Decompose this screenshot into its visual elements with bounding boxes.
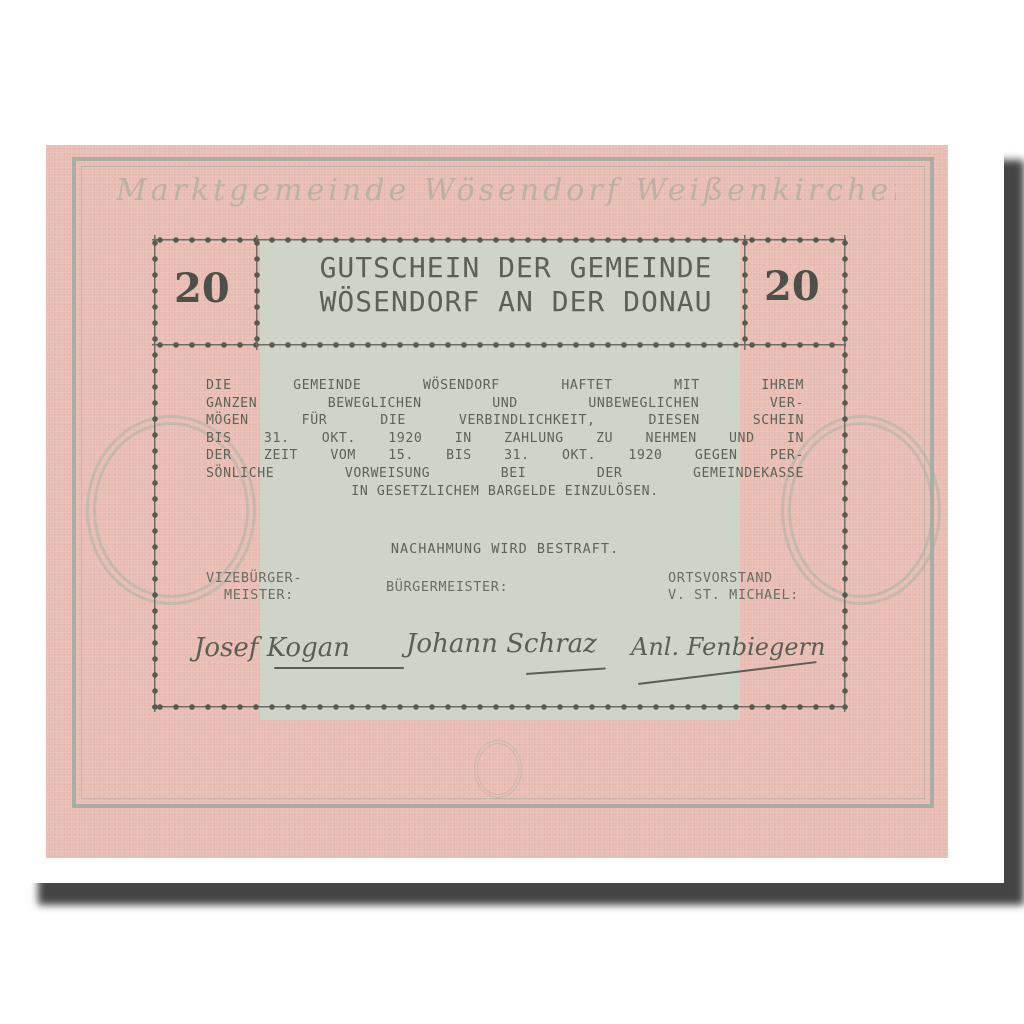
title-line: meister: <box>206 587 302 604</box>
ornament-divider-left <box>252 235 262 350</box>
ornament-border-left <box>150 235 160 712</box>
right-rosette-ornament <box>781 415 941 605</box>
denomination-right: 20 <box>764 263 820 310</box>
title-line: Vizebürger- <box>206 570 302 587</box>
denomination-left: 20 <box>174 265 230 312</box>
signatory-title-vice-mayor: Vizebürger- meister: <box>206 570 302 604</box>
counterfeit-warning: Nachahmung wird bestraft. <box>206 541 804 557</box>
body-line: Die Gemeinde Wösendorf haftet mit ihrem <box>206 377 804 395</box>
note-title: Gutschein der Gemeinde Wösendorf an der … <box>286 251 746 319</box>
body-line: der Zeit vom 15. bis 31. Okt. 1920 gegen… <box>206 447 804 465</box>
ornament-border-bottom <box>152 702 846 712</box>
body-line: mögen für die Verbindlichkeit, diesen Sc… <box>206 412 804 430</box>
bottom-seal-ornament <box>474 740 522 798</box>
signature-underline <box>274 667 404 669</box>
title-line: Bürgermeister: <box>386 579 508 596</box>
title-line-1: Gutschein der Gemeinde <box>286 251 746 285</box>
body-line: in gesetzlichem Bargelde einzulösen. <box>206 483 804 501</box>
header-script-text: Marktgemeinde Wösendorf Weißenkirchen <box>116 173 896 223</box>
signatory-title-mayor: Bürgermeister: <box>386 579 508 596</box>
signature-mayor: Johann Schraz <box>406 629 597 659</box>
title-line-2: Wösendorf an der Donau <box>286 285 746 319</box>
body-line: bis 31. Okt. 1920 in Zahlung zu nehmen u… <box>206 430 804 448</box>
title-line: v. St. Michael: <box>668 587 799 604</box>
signature-vice-mayor: Josef Kogan <box>194 633 350 663</box>
body-line: sönliche Vorweisung bei der Gemeindekass… <box>206 465 804 483</box>
signatory-title-local-head: Ortsvorstand v. St. Michael: <box>668 570 799 604</box>
body-line: ganzen beweglichen und unbeweglichen Ver… <box>206 395 804 413</box>
ornament-border-right <box>840 235 850 712</box>
banknote: Marktgemeinde Wösendorf Weißenkirchen 20… <box>46 145 948 858</box>
liability-text: Die Gemeinde Wösendorf haftet mit ihrem … <box>206 377 804 500</box>
signature-local-head: Anl. Fenbiegern <box>631 633 825 661</box>
title-line: Ortsvorstand <box>668 570 799 587</box>
